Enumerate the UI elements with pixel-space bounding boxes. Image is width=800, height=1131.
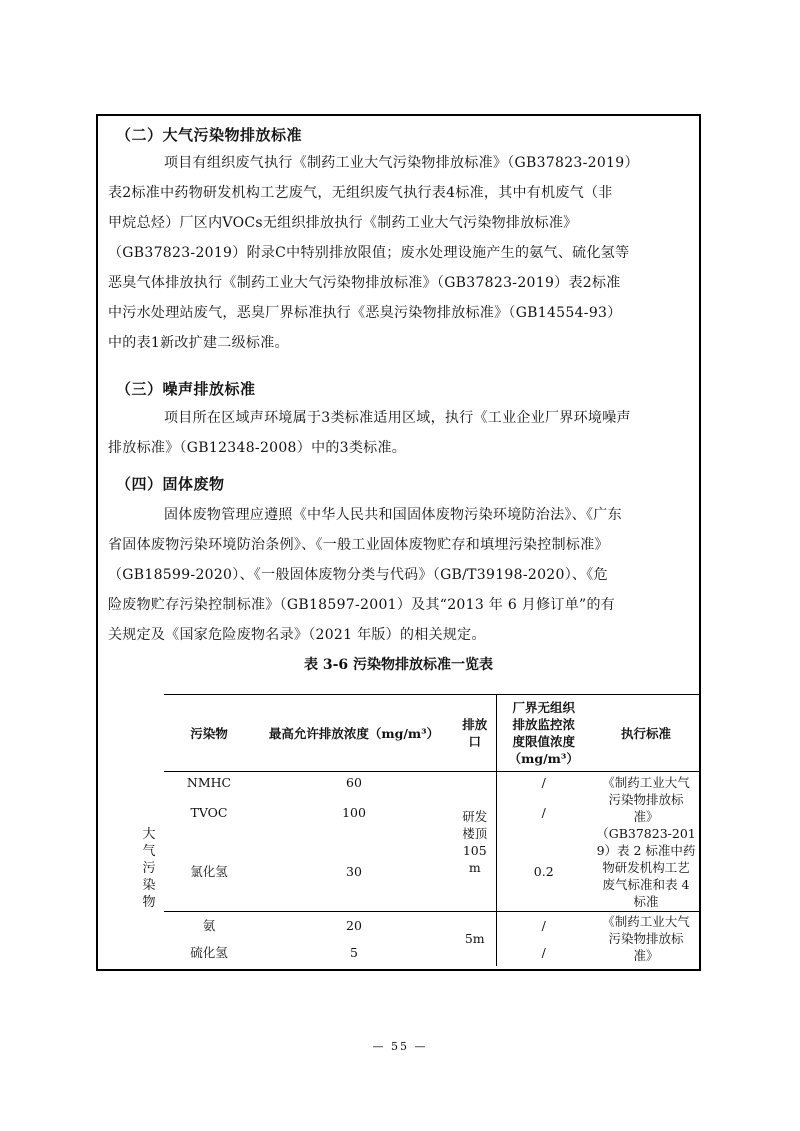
section-heading-noise: （三）噪声排放标准	[116, 378, 256, 399]
header-standard: 执行标准	[591, 695, 701, 772]
table-caption: 表 3-6 污染物排放标准一览表	[98, 654, 699, 674]
outlet-line: 研发	[454, 808, 496, 825]
category-char: 气	[134, 843, 164, 860]
boundary-cell: /	[496, 912, 591, 939]
standard-line: 标准	[595, 893, 697, 910]
standard-line: 准》	[595, 947, 697, 964]
page-number: — 55 —	[0, 1040, 800, 1053]
boundary-cell: /	[496, 794, 591, 832]
standard-line: 《制药工业大气	[595, 913, 697, 930]
max-conc-cell: 100	[254, 794, 454, 832]
para-line: （GB37823-2019）附录C中特别排放限值；废水处理设施产生的氨气、硫化氢…	[108, 244, 693, 262]
outlet-cell: 5m	[454, 912, 496, 966]
header-outlet-line: 口	[454, 733, 496, 750]
para-line: 省固体废物污染环境防治条例》、《一般工业固体废物贮存和填埋污染控制标准》	[108, 536, 693, 554]
header-pollutant: 污染物	[164, 695, 254, 772]
category-char: 污	[134, 860, 164, 877]
standard-line: 准》	[595, 808, 697, 825]
para-line: 关规定及《国家危险废物名录》（2021 年版）的相关规定。	[108, 626, 693, 644]
header-boundary-line: 排放监控浓	[497, 716, 592, 733]
outlet-line: 楼顶	[454, 825, 496, 842]
standard-cell: 《制药工业大气 污染物排放标 准》 （GB37823-201 9）表 2 标准中…	[591, 772, 701, 912]
outlet-cell: 研发 楼顶 105 m	[454, 772, 496, 912]
standard-line: 9）表 2 标准中药	[595, 842, 697, 859]
standard-line: 《制药工业大气	[595, 774, 697, 791]
para-line: 排放标准》（GB12348-2008）中的3类标准。	[108, 439, 693, 457]
standard-cell: 《制药工业大气 污染物排放标 准》	[591, 912, 701, 966]
table-row: 氨 20 5m / 《制药工业大气 污染物排放标 准》	[134, 912, 701, 939]
max-conc-cell: 5	[254, 939, 454, 966]
pollutant-cell: TVOC	[164, 794, 254, 832]
para-line: 恶臭气体排放执行《制药工业大气污染物排放标准》（GB37823-2019）表2标…	[108, 274, 693, 292]
para-line: （GB18599-2020）、《一般固体废物分类与代码》（GB/T39198-2…	[108, 566, 693, 584]
pollutant-cell: 硫化氢	[164, 939, 254, 966]
standard-line: 污染物排放标	[595, 791, 697, 808]
category-char: 染	[134, 877, 164, 894]
header-boundary-line: 厂界无组织	[497, 699, 592, 716]
table-row: 大 气 污 染 物 NMHC 60 研发 楼顶 105 m /	[134, 772, 701, 794]
para-line: 项目有组织废气执行《制药工业大气污染物排放标准》（GB37823-2019）	[164, 154, 693, 172]
section-heading-solid-waste: （四）固体废物	[116, 473, 225, 494]
max-conc-cell: 20	[254, 912, 454, 939]
max-conc-cell: 60	[254, 772, 454, 794]
para-line: 甲烷总烃）厂区内VOCs无组织排放执行《制药工业大气污染物排放标准》	[108, 214, 693, 232]
max-conc-cell: 30	[254, 832, 454, 912]
header-category	[134, 695, 164, 772]
header-outlet: 排放 口	[454, 695, 496, 772]
header-boundary-line: （mg/m³）	[497, 750, 592, 767]
document-frame: （二）大气污染物排放标准 项目有组织废气执行《制药工业大气污染物排放标准》（GB…	[96, 114, 701, 971]
pollutant-cell: 氨	[164, 912, 254, 939]
section-heading-air: （二）大气污染物排放标准	[116, 124, 302, 145]
category-char: 大	[134, 826, 164, 843]
para-line: 中的表1新改扩建二级标准。	[108, 334, 693, 352]
boundary-cell: 0.2	[496, 832, 591, 912]
header-boundary-limit: 厂界无组织 排放监控浓 度限值浓度 （mg/m³）	[496, 695, 591, 772]
standard-line: 物研发机构工艺	[595, 859, 697, 876]
outlet-line: 105	[454, 842, 496, 859]
category-char: 物	[134, 894, 164, 911]
standard-line: （GB37823-201	[595, 825, 697, 842]
header-boundary-line: 度限值浓度	[497, 733, 592, 750]
para-line: 表2标准中药物研发机构工艺废气，无组织废气执行表4标准，其中有机废气（非	[108, 184, 693, 202]
para-line: 险废物贮存污染控制标准》（GB18597-2001）及其“2013 年 6 月修…	[108, 596, 693, 614]
header-max-conc: 最高允许排放浓度（mg/m³）	[254, 695, 454, 772]
para-line: 项目所在区域声环境属于3类标准适用区域，执行《工业企业厂界环境噪声	[164, 409, 693, 427]
standard-line: 污染物排放标	[595, 930, 697, 947]
header-outlet-line: 排放	[454, 716, 496, 733]
para-line: 固体废物管理应遵照《中华人民共和国固体废物污染环境防治法》、《广东	[164, 506, 693, 524]
boundary-cell: /	[496, 772, 591, 794]
pollutant-cell: NMHC	[164, 772, 254, 794]
table-header-row: 污染物 最高允许排放浓度（mg/m³） 排放 口 厂界无组织 排放监控浓 度限值…	[134, 695, 701, 772]
boundary-cell: /	[496, 939, 591, 966]
outlet-line: m	[454, 859, 496, 876]
category-cell: 大 气 污 染 物	[134, 772, 164, 966]
emission-standards-table: 污染物 最高允许排放浓度（mg/m³） 排放 口 厂界无组织 排放监控浓 度限值…	[134, 694, 701, 966]
pollutant-cell: 氯化氢	[164, 832, 254, 912]
standard-line: 废气标准和表 4	[595, 876, 697, 893]
para-line: 中污水处理站废气，恶臭厂界标准执行《恶臭污染物排放标准》（GB14554-93）	[108, 304, 693, 322]
